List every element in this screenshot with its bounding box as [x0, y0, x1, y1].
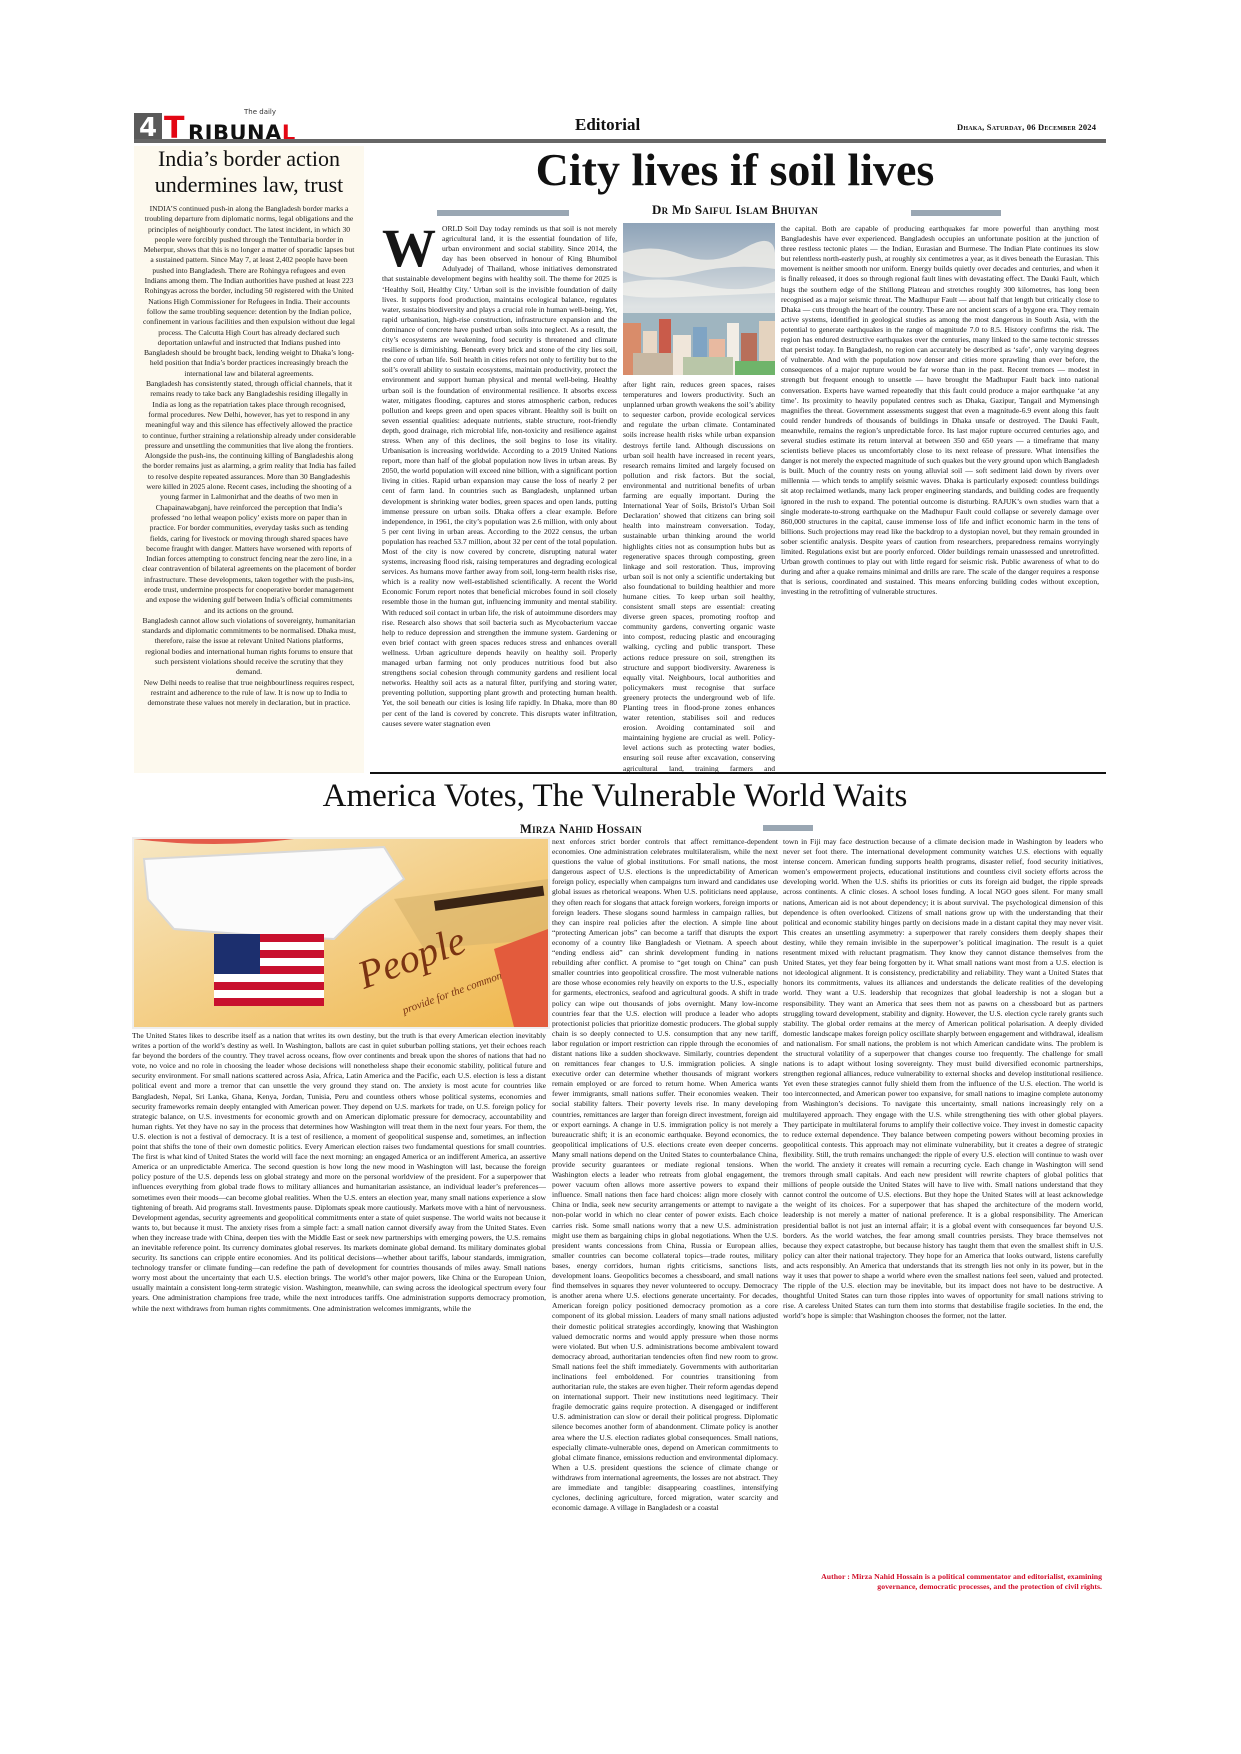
america-photo-image: People provide for the common defence [134, 839, 548, 1027]
sidebar-paragraph: Bangladesh cannot allow such violations … [142, 616, 356, 678]
dateline: Dhaka, Saturday, 06 December 2024 [957, 122, 1096, 132]
article2-headline: America Votes, The Vulnerable World Wait… [230, 776, 1000, 816]
sidebar-headline: India’s border action undermines law, tr… [134, 146, 364, 198]
decorative-bar [437, 210, 569, 216]
america-election-illustration: People provide for the common defence [132, 837, 550, 1029]
article2-column-1: The United States likes to describe itse… [132, 1031, 546, 1616]
sidebar-paragraph: New Delhi needs to realise that true nei… [142, 678, 356, 709]
sidebar-body: INDIA’S continued push-in along the Bang… [142, 204, 356, 709]
article1-text: ORLD Soil Day today reminds us that soil… [382, 224, 617, 728]
article1-column-2: after light rain, reduces green spaces, … [623, 380, 775, 772]
article2-column-3: town in Fiji may face destruction becaus… [783, 837, 1103, 1567]
author-note: Author : Mirza Nahid Hossain is a politi… [790, 1572, 1102, 1592]
sidebar-paragraph: INDIA’S continued push-in along the Bang… [142, 204, 356, 379]
city-photo-image [623, 223, 775, 375]
decorative-bar [763, 825, 813, 831]
city-skyline-photo [623, 223, 775, 375]
editorial-sidebar: India’s border action undermines law, tr… [134, 146, 364, 773]
sidebar-paragraph: Bangladesh has consistently stated, thro… [142, 379, 356, 451]
article1-column-1: WORLD Soil Day today reminds us that soi… [382, 224, 617, 772]
dropcap: W [382, 226, 436, 270]
logo-tagline: The daily [244, 108, 276, 116]
article1-headline: City lives if soil lives [370, 142, 1100, 198]
decorative-bar [911, 210, 1001, 216]
section-label: Editorial [575, 115, 640, 135]
article2-byline: Mirza Nahid Hossain [520, 822, 642, 837]
article2-column-2: next enforces strict border controls tha… [552, 837, 778, 1615]
article1-column-3: the capital. Both are capable of produci… [781, 224, 1099, 772]
article-divider [370, 772, 1106, 774]
sidebar-paragraph: Alongside the push-ins, the continuing k… [142, 451, 356, 616]
